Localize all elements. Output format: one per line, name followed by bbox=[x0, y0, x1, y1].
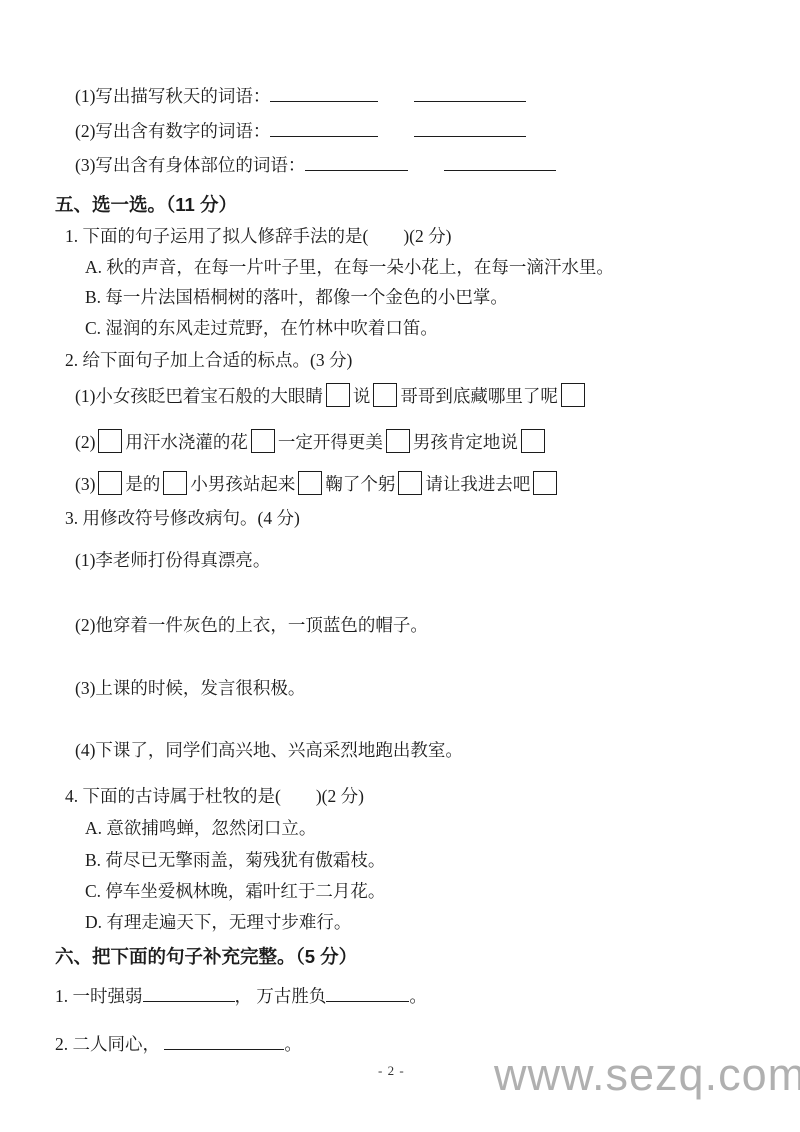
punctuation-box bbox=[373, 383, 397, 407]
answer-blank bbox=[143, 986, 235, 1002]
q2-line2-text: 男孩肯定地说 bbox=[413, 432, 518, 452]
s6-line2-text: 。 bbox=[284, 1034, 302, 1054]
q2-line2-text: 用汗水浇灌的花 bbox=[125, 432, 248, 452]
section-six-title: 六、把下面的句子补充完整。（5 分） bbox=[55, 944, 775, 970]
q2-line1-text: 哥哥到底藏哪里了呢 bbox=[400, 386, 558, 406]
punctuation-box bbox=[398, 471, 422, 495]
answer-blank bbox=[270, 86, 378, 102]
q1-option-a: A. 秋的声音，在每一片叶子里，在每一朵小花上，在每一滴汗水里。 bbox=[55, 255, 775, 280]
q1-stem: 1. 下面的句子运用了拟人修辞手法的是( )(2 分) bbox=[55, 224, 775, 249]
q4-option-b: B. 荷尽已无擎雨盖，菊残犹有傲霜枝。 bbox=[55, 848, 775, 873]
q4-option-d: D. 有理走遍天下，无理寸步难行。 bbox=[55, 910, 775, 935]
q2-line3-text: 小男孩站起来 bbox=[190, 474, 295, 494]
fill-item-body-words: (3)写出含有身体部位的词语： bbox=[55, 153, 775, 178]
s6-line1-text: ， 万古胜负 bbox=[235, 986, 327, 1006]
q3-item-1: (1)李老师打份得真漂亮。 bbox=[55, 548, 775, 573]
punctuation-box bbox=[98, 429, 122, 453]
q2-line3-text: 是的 bbox=[125, 474, 160, 494]
s6-line-1: 1. 一时强弱， 万古胜负。 bbox=[55, 984, 775, 1009]
q3-item-4: (4)下课了，同学们高兴地、兴高采烈地跑出教室。 bbox=[55, 738, 775, 763]
section-five-title: 五、选一选。（11 分） bbox=[55, 192, 775, 218]
watermark: www.sezq.com bbox=[494, 1049, 800, 1101]
punctuation-box bbox=[251, 429, 275, 453]
q2-line3-text: (3) bbox=[75, 474, 95, 494]
q2-punctuation-line-2: (2)用汗水浇灌的花一定开得更美男孩肯定地说 bbox=[55, 427, 775, 457]
exam-page: (1)写出描写秋天的词语： (2)写出含有数字的词语： (3)写出含有身体部位的… bbox=[0, 0, 800, 1132]
answer-blank bbox=[444, 155, 556, 171]
q3-item-2: (2)他穿着一件灰色的上衣，一顶蓝色的帽子。 bbox=[55, 613, 775, 638]
answer-blank bbox=[305, 155, 408, 171]
fill-item-number-words: (2)写出含有数字的词语： bbox=[55, 119, 775, 144]
q1-option-b: B. 每一片法国梧桐树的落叶，都像一个金色的小巴掌。 bbox=[55, 285, 775, 310]
q3-item-3: (3)上课的时候，发言很积极。 bbox=[55, 676, 775, 701]
q4-option-c: C. 停车坐爱枫林晚，霜叶红于二月花。 bbox=[55, 879, 775, 904]
q2-punctuation-line-3: (3)是的小男孩站起来鞠了个躬请让我进去吧 bbox=[55, 469, 775, 499]
punctuation-box bbox=[98, 471, 122, 495]
q2-line1-text: (1)小女孩眨巴着宝石般的大眼睛 bbox=[75, 386, 323, 406]
fill-item-label: (2)写出含有数字的词语： bbox=[75, 121, 270, 141]
punctuation-box bbox=[533, 471, 557, 495]
q3-stem: 3. 用修改符号修改病句。(4 分) bbox=[55, 506, 775, 531]
q4-stem: 4. 下面的古诗属于杜牧的是( )(2 分) bbox=[55, 784, 775, 809]
q2-line1-text: 说 bbox=[353, 386, 371, 406]
answer-blank bbox=[164, 1034, 284, 1050]
punctuation-box bbox=[163, 471, 187, 495]
q2-line2-text: (2) bbox=[75, 432, 95, 452]
punctuation-box bbox=[521, 429, 545, 453]
answer-blank bbox=[326, 986, 409, 1002]
q4-option-a: A. 意欲捕鸣蝉，忽然闭口立。 bbox=[55, 816, 775, 841]
answer-blank bbox=[414, 121, 526, 137]
answer-blank bbox=[414, 86, 526, 102]
s6-line1-text: 。 bbox=[409, 986, 427, 1006]
s6-line1-text: 1. 一时强弱 bbox=[55, 986, 143, 1006]
exam-content: (1)写出描写秋天的词语： (2)写出含有数字的词语： (3)写出含有身体部位的… bbox=[55, 84, 775, 1057]
punctuation-box bbox=[561, 383, 585, 407]
q2-punctuation-line-1: (1)小女孩眨巴着宝石般的大眼睛说哥哥到底藏哪里了呢 bbox=[55, 381, 775, 411]
answer-blank bbox=[270, 121, 378, 137]
page-number: - 2 - bbox=[378, 1063, 405, 1079]
q2-line3-text: 请让我进去吧 bbox=[425, 474, 530, 494]
punctuation-box bbox=[386, 429, 410, 453]
fill-item-label: (3)写出含有身体部位的词语： bbox=[75, 155, 305, 175]
punctuation-box bbox=[326, 383, 350, 407]
fill-item-autumn-words: (1)写出描写秋天的词语： bbox=[55, 84, 775, 109]
fill-item-label: (1)写出描写秋天的词语： bbox=[75, 86, 270, 106]
punctuation-box bbox=[298, 471, 322, 495]
s6-line2-text: 2. 二人同心， bbox=[55, 1034, 164, 1054]
q1-option-c: C. 湿润的东风走过荒野，在竹林中吹着口笛。 bbox=[55, 316, 775, 341]
q2-stem: 2. 给下面句子加上合适的标点。(3 分) bbox=[55, 348, 775, 373]
q2-line2-text: 一定开得更美 bbox=[278, 432, 383, 452]
q2-line3-text: 鞠了个躬 bbox=[325, 474, 395, 494]
